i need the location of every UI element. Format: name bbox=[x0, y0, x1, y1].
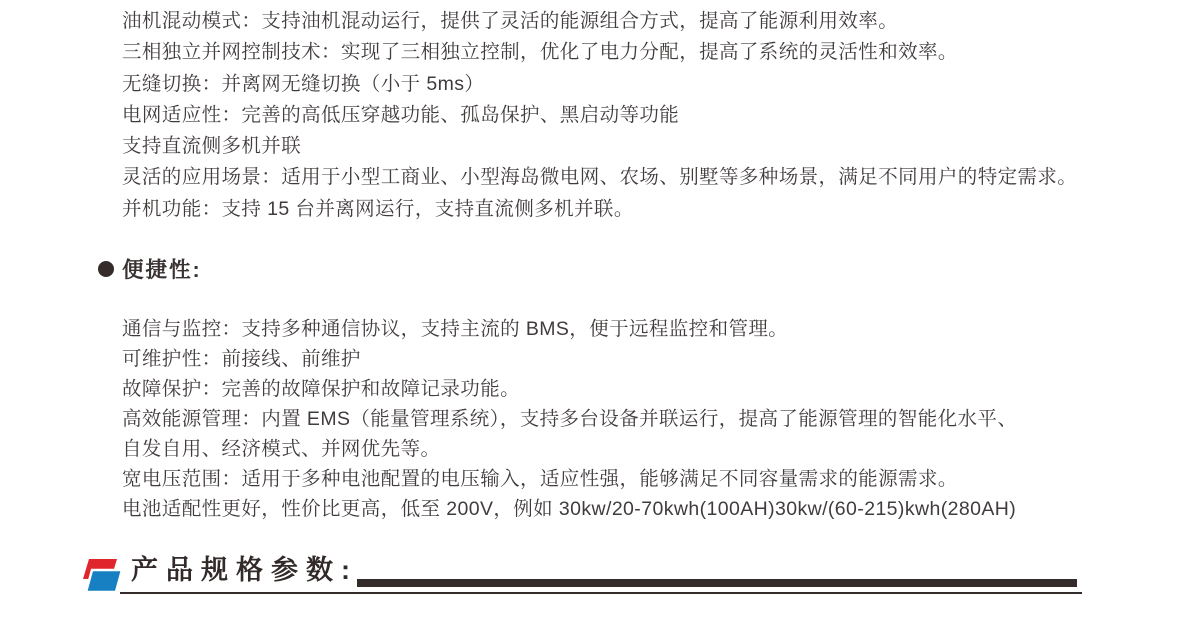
feature-line: 可维护性：前接线、前维护 bbox=[122, 344, 1017, 374]
feature-line: 并机功能：支持 15 台并离网运行，支持直流侧多机并联。 bbox=[122, 194, 1077, 225]
feature-line: 高效能源管理：内置 EMS（能量管理系统），支持多台设备并联运行，提高了能源管理… bbox=[122, 404, 1017, 434]
feature-line: 三相独立并网控制技术：实现了三相独立控制，优化了电力分配，提高了系统的灵活性和效… bbox=[122, 37, 1077, 68]
feature-line: 故障保护：完善的故障保护和故障记录功能。 bbox=[122, 374, 1017, 404]
product-feature-page: { "page": { "background_color": "#ffffff… bbox=[0, 0, 1201, 618]
spec-section-heading: 产品规格参数: bbox=[76, 553, 358, 602]
bullet-dot-icon bbox=[98, 261, 114, 277]
red-blue-parallelogram-icon bbox=[76, 557, 124, 602]
feature-line: 无缝切换：并离网无缝切换（小于 5ms） bbox=[122, 69, 1077, 100]
feature-line: 电网适应性：完善的高低压穿越功能、孤岛保护、黑启动等功能 bbox=[122, 100, 1077, 131]
feature-line: 灵活的应用场景：适用于小型工商业、小型海岛微电网、农场、别墅等多种场景，满足不同… bbox=[122, 162, 1077, 193]
feature-line: 自发自用、经济模式、并网优先等。 bbox=[122, 434, 1017, 464]
convenience-section-heading: 便捷性: bbox=[98, 253, 202, 284]
feature-list-top: 油机混动模式：支持油机混动运行，提供了灵活的能源组合方式，提高了能源利用效率。 … bbox=[122, 6, 1077, 225]
feature-line: 油机混动模式：支持油机混动运行，提供了灵活的能源组合方式，提高了能源利用效率。 bbox=[122, 6, 1077, 37]
heading-underline-thick bbox=[357, 579, 1077, 587]
feature-line: 支持直流侧多机并联 bbox=[122, 131, 1077, 162]
feature-line: 通信与监控：支持多种通信协议，支持主流的 BMS，便于远程监控和管理。 bbox=[122, 314, 1017, 344]
heading-underline-thin bbox=[120, 592, 1082, 594]
spec-heading-title: 产品规格参数: bbox=[131, 553, 358, 587]
convenience-label: 便捷性: bbox=[122, 253, 202, 284]
feature-line: 宽电压范围：适用于多种电池配置的电压输入，适应性强，能够满足不同容量需求的能源需… bbox=[122, 464, 1017, 494]
feature-list-convenience: 通信与监控：支持多种通信协议，支持主流的 BMS，便于远程监控和管理。 可维护性… bbox=[122, 314, 1017, 524]
feature-line: 电池适配性更好，性价比更高，低至 200V，例如 30kw/20-70kwh(1… bbox=[122, 494, 1017, 524]
